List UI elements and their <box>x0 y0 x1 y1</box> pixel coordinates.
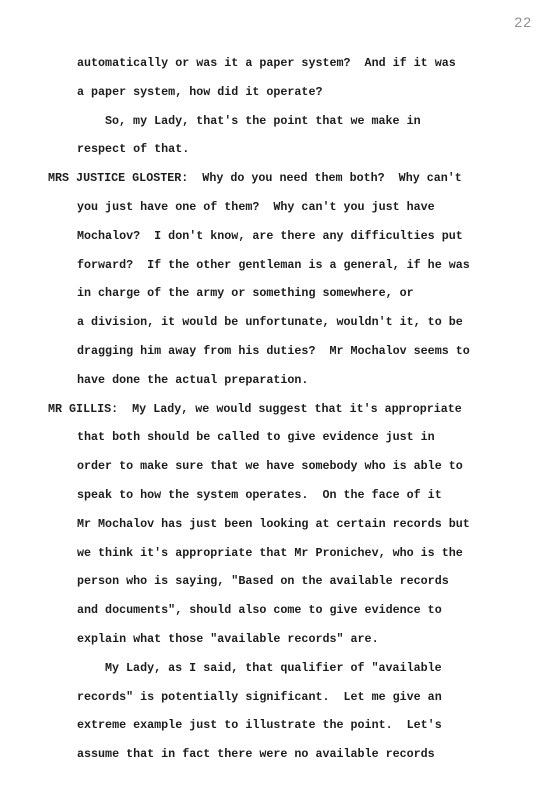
transcript-line: MR GILLIS: My Lady, we would suggest tha… <box>48 395 548 424</box>
transcript-line: that both should be called to give evide… <box>48 423 548 452</box>
transcript-line: a division, it would be unfortunate, wou… <box>48 308 548 337</box>
transcript-line: a paper system, how did it operate? <box>48 78 548 107</box>
transcript-line: and documents", should also come to give… <box>48 596 548 625</box>
transcript-line: My Lady, as I said, that qualifier of "a… <box>48 654 548 683</box>
transcript-line: assume that in fact there were no availa… <box>48 740 548 769</box>
transcript-line: extreme example just to illustrate the p… <box>48 711 548 740</box>
transcript-line: Mochalov? I don't know, are there any di… <box>48 222 548 251</box>
transcript-line: we think it's appropriate that Mr Pronic… <box>48 539 548 568</box>
page-number: 22 <box>514 14 532 30</box>
transcript-line: explain what those "available records" a… <box>48 625 548 654</box>
transcript-line: dragging him away from his duties? Mr Mo… <box>48 337 548 366</box>
transcript-line: speak to how the system operates. On the… <box>48 481 548 510</box>
transcript-line: person who is saying, "Based on the avai… <box>48 567 548 596</box>
transcript-line: Mr Mochalov has just been looking at cer… <box>48 510 548 539</box>
transcript-body: automatically or was it a paper system? … <box>48 49 548 769</box>
transcript-line: respect of that. <box>48 135 548 164</box>
document-page: 22 automatically or was it a paper syste… <box>0 0 558 789</box>
transcript-line: forward? If the other gentleman is a gen… <box>48 251 548 280</box>
transcript-line: MRS JUSTICE GLOSTER: Why do you need the… <box>48 164 548 193</box>
transcript-line: you just have one of them? Why can't you… <box>48 193 548 222</box>
transcript-line: order to make sure that we have somebody… <box>48 452 548 481</box>
transcript-line: have done the actual preparation. <box>48 366 548 395</box>
transcript-line: automatically or was it a paper system? … <box>48 49 548 78</box>
transcript-line: records" is potentially significant. Let… <box>48 683 548 712</box>
transcript-line: in charge of the army or something somew… <box>48 279 548 308</box>
transcript-line: So, my Lady, that's the point that we ma… <box>48 107 548 136</box>
